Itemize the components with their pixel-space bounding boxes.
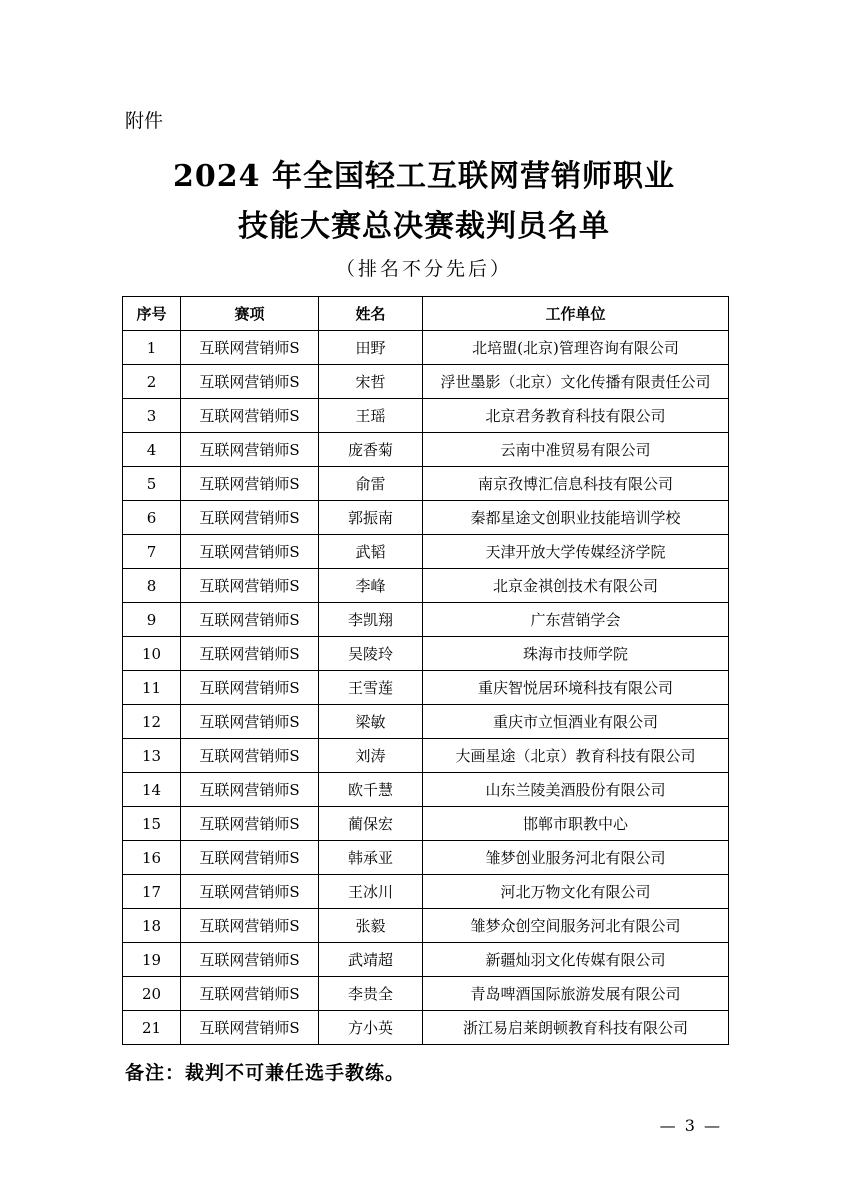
cell-name: 王雪莲 <box>319 671 423 705</box>
cell-organization: 青岛啤酒国际旅游发展有限公司 <box>423 977 729 1011</box>
cell-organization: 浮世墨影（北京）文化传播有限责任公司 <box>423 365 729 399</box>
cell-serial-number: 1 <box>123 331 181 365</box>
cell-name: 李峰 <box>319 569 423 603</box>
table-row: 13互联网营销师S刘涛大画星途（北京）教育科技有限公司 <box>123 739 729 773</box>
cell-organization: 浙江易启莱朗顿教育科技有限公司 <box>423 1011 729 1045</box>
table-row: 10互联网营销师S吴陵玲珠海市技师学院 <box>123 637 729 671</box>
cell-serial-number: 21 <box>123 1011 181 1045</box>
cell-event: 互联网营销师S <box>181 909 319 943</box>
cell-event: 互联网营销师S <box>181 331 319 365</box>
cell-event: 互联网营销师S <box>181 943 319 977</box>
cell-serial-number: 19 <box>123 943 181 977</box>
cell-event: 互联网营销师S <box>181 365 319 399</box>
cell-organization: 广东营销学会 <box>423 603 729 637</box>
table-row: 12互联网营销师S梁敏重庆市立恒酒业有限公司 <box>123 705 729 739</box>
cell-event: 互联网营销师S <box>181 739 319 773</box>
cell-organization: 秦都星途文创职业技能培训学校 <box>423 501 729 535</box>
header-organization: 工作单位 <box>423 297 729 331</box>
cell-event: 互联网营销师S <box>181 535 319 569</box>
header-event: 赛项 <box>181 297 319 331</box>
table-row: 19互联网营销师S武靖超新疆灿羽文化传媒有限公司 <box>123 943 729 977</box>
cell-event: 互联网营销师S <box>181 501 319 535</box>
cell-serial-number: 9 <box>123 603 181 637</box>
cell-serial-number: 13 <box>123 739 181 773</box>
cell-name: 李贵全 <box>319 977 423 1011</box>
cell-name: 梁敏 <box>319 705 423 739</box>
cell-event: 互联网营销师S <box>181 705 319 739</box>
cell-event: 互联网营销师S <box>181 977 319 1011</box>
cell-organization: 北培盟(北京)管理咨询有限公司 <box>423 331 729 365</box>
cell-organization: 重庆市立恒酒业有限公司 <box>423 705 729 739</box>
table-row: 5互联网营销师S俞雷南京孜博汇信息科技有限公司 <box>123 467 729 501</box>
table-row: 9互联网营销师S李凯翔广东营销学会 <box>123 603 729 637</box>
subtitle-note: （排名不分先后） <box>0 258 848 280</box>
cell-event: 互联网营销师S <box>181 1011 319 1045</box>
cell-serial-number: 12 <box>123 705 181 739</box>
remark-note: 备注：裁判不可兼任选手教练。 <box>125 1058 405 1085</box>
cell-name: 王冰川 <box>319 875 423 909</box>
cell-event: 互联网营销师S <box>181 875 319 909</box>
cell-organization: 邯郸市职教中心 <box>423 807 729 841</box>
table-row: 2互联网营销师S宋哲浮世墨影（北京）文化传播有限责任公司 <box>123 365 729 399</box>
table-row: 4互联网营销师S庞香菊云南中准贸易有限公司 <box>123 433 729 467</box>
cell-organization: 山东兰陵美酒股份有限公司 <box>423 773 729 807</box>
cell-serial-number: 15 <box>123 807 181 841</box>
cell-serial-number: 20 <box>123 977 181 1011</box>
table-row: 8互联网营销师S李峰北京金祺创技术有限公司 <box>123 569 729 603</box>
cell-name: 吴陵玲 <box>319 637 423 671</box>
cell-serial-number: 16 <box>123 841 181 875</box>
cell-serial-number: 11 <box>123 671 181 705</box>
cell-serial-number: 8 <box>123 569 181 603</box>
cell-serial-number: 14 <box>123 773 181 807</box>
cell-serial-number: 6 <box>123 501 181 535</box>
cell-name: 韩承亚 <box>319 841 423 875</box>
cell-name: 武韬 <box>319 535 423 569</box>
page-title: 2024 年全国轻工互联网营销师职业 技能大赛总决赛裁判员名单 <box>0 152 848 252</box>
document-page: 附件 2024 年全国轻工互联网营销师职业 技能大赛总决赛裁判员名单 （排名不分… <box>0 0 848 1200</box>
cell-serial-number: 10 <box>123 637 181 671</box>
title-line-2: 技能大赛总决赛裁判员名单 <box>0 202 848 252</box>
cell-event: 互联网营销师S <box>181 467 319 501</box>
cell-organization: 重庆智悦居环境科技有限公司 <box>423 671 729 705</box>
cell-name: 方小英 <box>319 1011 423 1045</box>
cell-organization: 北京金祺创技术有限公司 <box>423 569 729 603</box>
cell-serial-number: 2 <box>123 365 181 399</box>
cell-serial-number: 7 <box>123 535 181 569</box>
table-row: 1互联网营销师S田野北培盟(北京)管理咨询有限公司 <box>123 331 729 365</box>
cell-name: 蔺保宏 <box>319 807 423 841</box>
page-number: — 3 — <box>0 1116 848 1135</box>
cell-event: 互联网营销师S <box>181 637 319 671</box>
title-line-1: 2024 年全国轻工互联网营销师职业 <box>0 152 848 202</box>
attachment-label: 附件 <box>125 108 163 135</box>
cell-event: 互联网营销师S <box>181 433 319 467</box>
header-name: 姓名 <box>319 297 423 331</box>
table-row: 3互联网营销师S王瑶北京君务教育科技有限公司 <box>123 399 729 433</box>
cell-event: 互联网营销师S <box>181 773 319 807</box>
cell-organization: 河北万物文化有限公司 <box>423 875 729 909</box>
cell-organization: 大画星途（北京）教育科技有限公司 <box>423 739 729 773</box>
cell-event: 互联网营销师S <box>181 569 319 603</box>
cell-organization: 珠海市技师学院 <box>423 637 729 671</box>
cell-serial-number: 3 <box>123 399 181 433</box>
table-row: 21互联网营销师S方小英浙江易启莱朗顿教育科技有限公司 <box>123 1011 729 1045</box>
cell-event: 互联网营销师S <box>181 399 319 433</box>
cell-event: 互联网营销师S <box>181 671 319 705</box>
table-header-row: 序号 赛项 姓名 工作单位 <box>123 297 729 331</box>
cell-organization: 天津开放大学传媒经济学院 <box>423 535 729 569</box>
cell-event: 互联网营销师S <box>181 603 319 637</box>
cell-serial-number: 17 <box>123 875 181 909</box>
cell-name: 俞雷 <box>319 467 423 501</box>
cell-name: 欧千慧 <box>319 773 423 807</box>
cell-serial-number: 18 <box>123 909 181 943</box>
table-row: 20互联网营销师S李贵全青岛啤酒国际旅游发展有限公司 <box>123 977 729 1011</box>
table-row: 11互联网营销师S王雪莲重庆智悦居环境科技有限公司 <box>123 671 729 705</box>
cell-organization: 雏梦创业服务河北有限公司 <box>423 841 729 875</box>
cell-name: 郭振南 <box>319 501 423 535</box>
cell-name: 武靖超 <box>319 943 423 977</box>
header-serial-number: 序号 <box>123 297 181 331</box>
table-row: 18互联网营销师S张毅雏梦众创空间服务河北有限公司 <box>123 909 729 943</box>
cell-organization: 北京君务教育科技有限公司 <box>423 399 729 433</box>
cell-serial-number: 5 <box>123 467 181 501</box>
cell-organization: 南京孜博汇信息科技有限公司 <box>423 467 729 501</box>
cell-event: 互联网营销师S <box>181 807 319 841</box>
cell-organization: 雏梦众创空间服务河北有限公司 <box>423 909 729 943</box>
judges-table: 序号 赛项 姓名 工作单位 1互联网营销师S田野北培盟(北京)管理咨询有限公司2… <box>122 296 729 1045</box>
cell-name: 田野 <box>319 331 423 365</box>
table-row: 14互联网营销师S欧千慧山东兰陵美酒股份有限公司 <box>123 773 729 807</box>
table-row: 15互联网营销师S蔺保宏邯郸市职教中心 <box>123 807 729 841</box>
cell-organization: 云南中准贸易有限公司 <box>423 433 729 467</box>
cell-name: 刘涛 <box>319 739 423 773</box>
table-row: 6互联网营销师S郭振南秦都星途文创职业技能培训学校 <box>123 501 729 535</box>
cell-name: 张毅 <box>319 909 423 943</box>
cell-name: 王瑶 <box>319 399 423 433</box>
cell-name: 宋哲 <box>319 365 423 399</box>
table-row: 7互联网营销师S武韬天津开放大学传媒经济学院 <box>123 535 729 569</box>
table-row: 17互联网营销师S王冰川河北万物文化有限公司 <box>123 875 729 909</box>
cell-organization: 新疆灿羽文化传媒有限公司 <box>423 943 729 977</box>
cell-name: 李凯翔 <box>319 603 423 637</box>
table-row: 16互联网营销师S韩承亚雏梦创业服务河北有限公司 <box>123 841 729 875</box>
cell-serial-number: 4 <box>123 433 181 467</box>
cell-name: 庞香菊 <box>319 433 423 467</box>
cell-event: 互联网营销师S <box>181 841 319 875</box>
